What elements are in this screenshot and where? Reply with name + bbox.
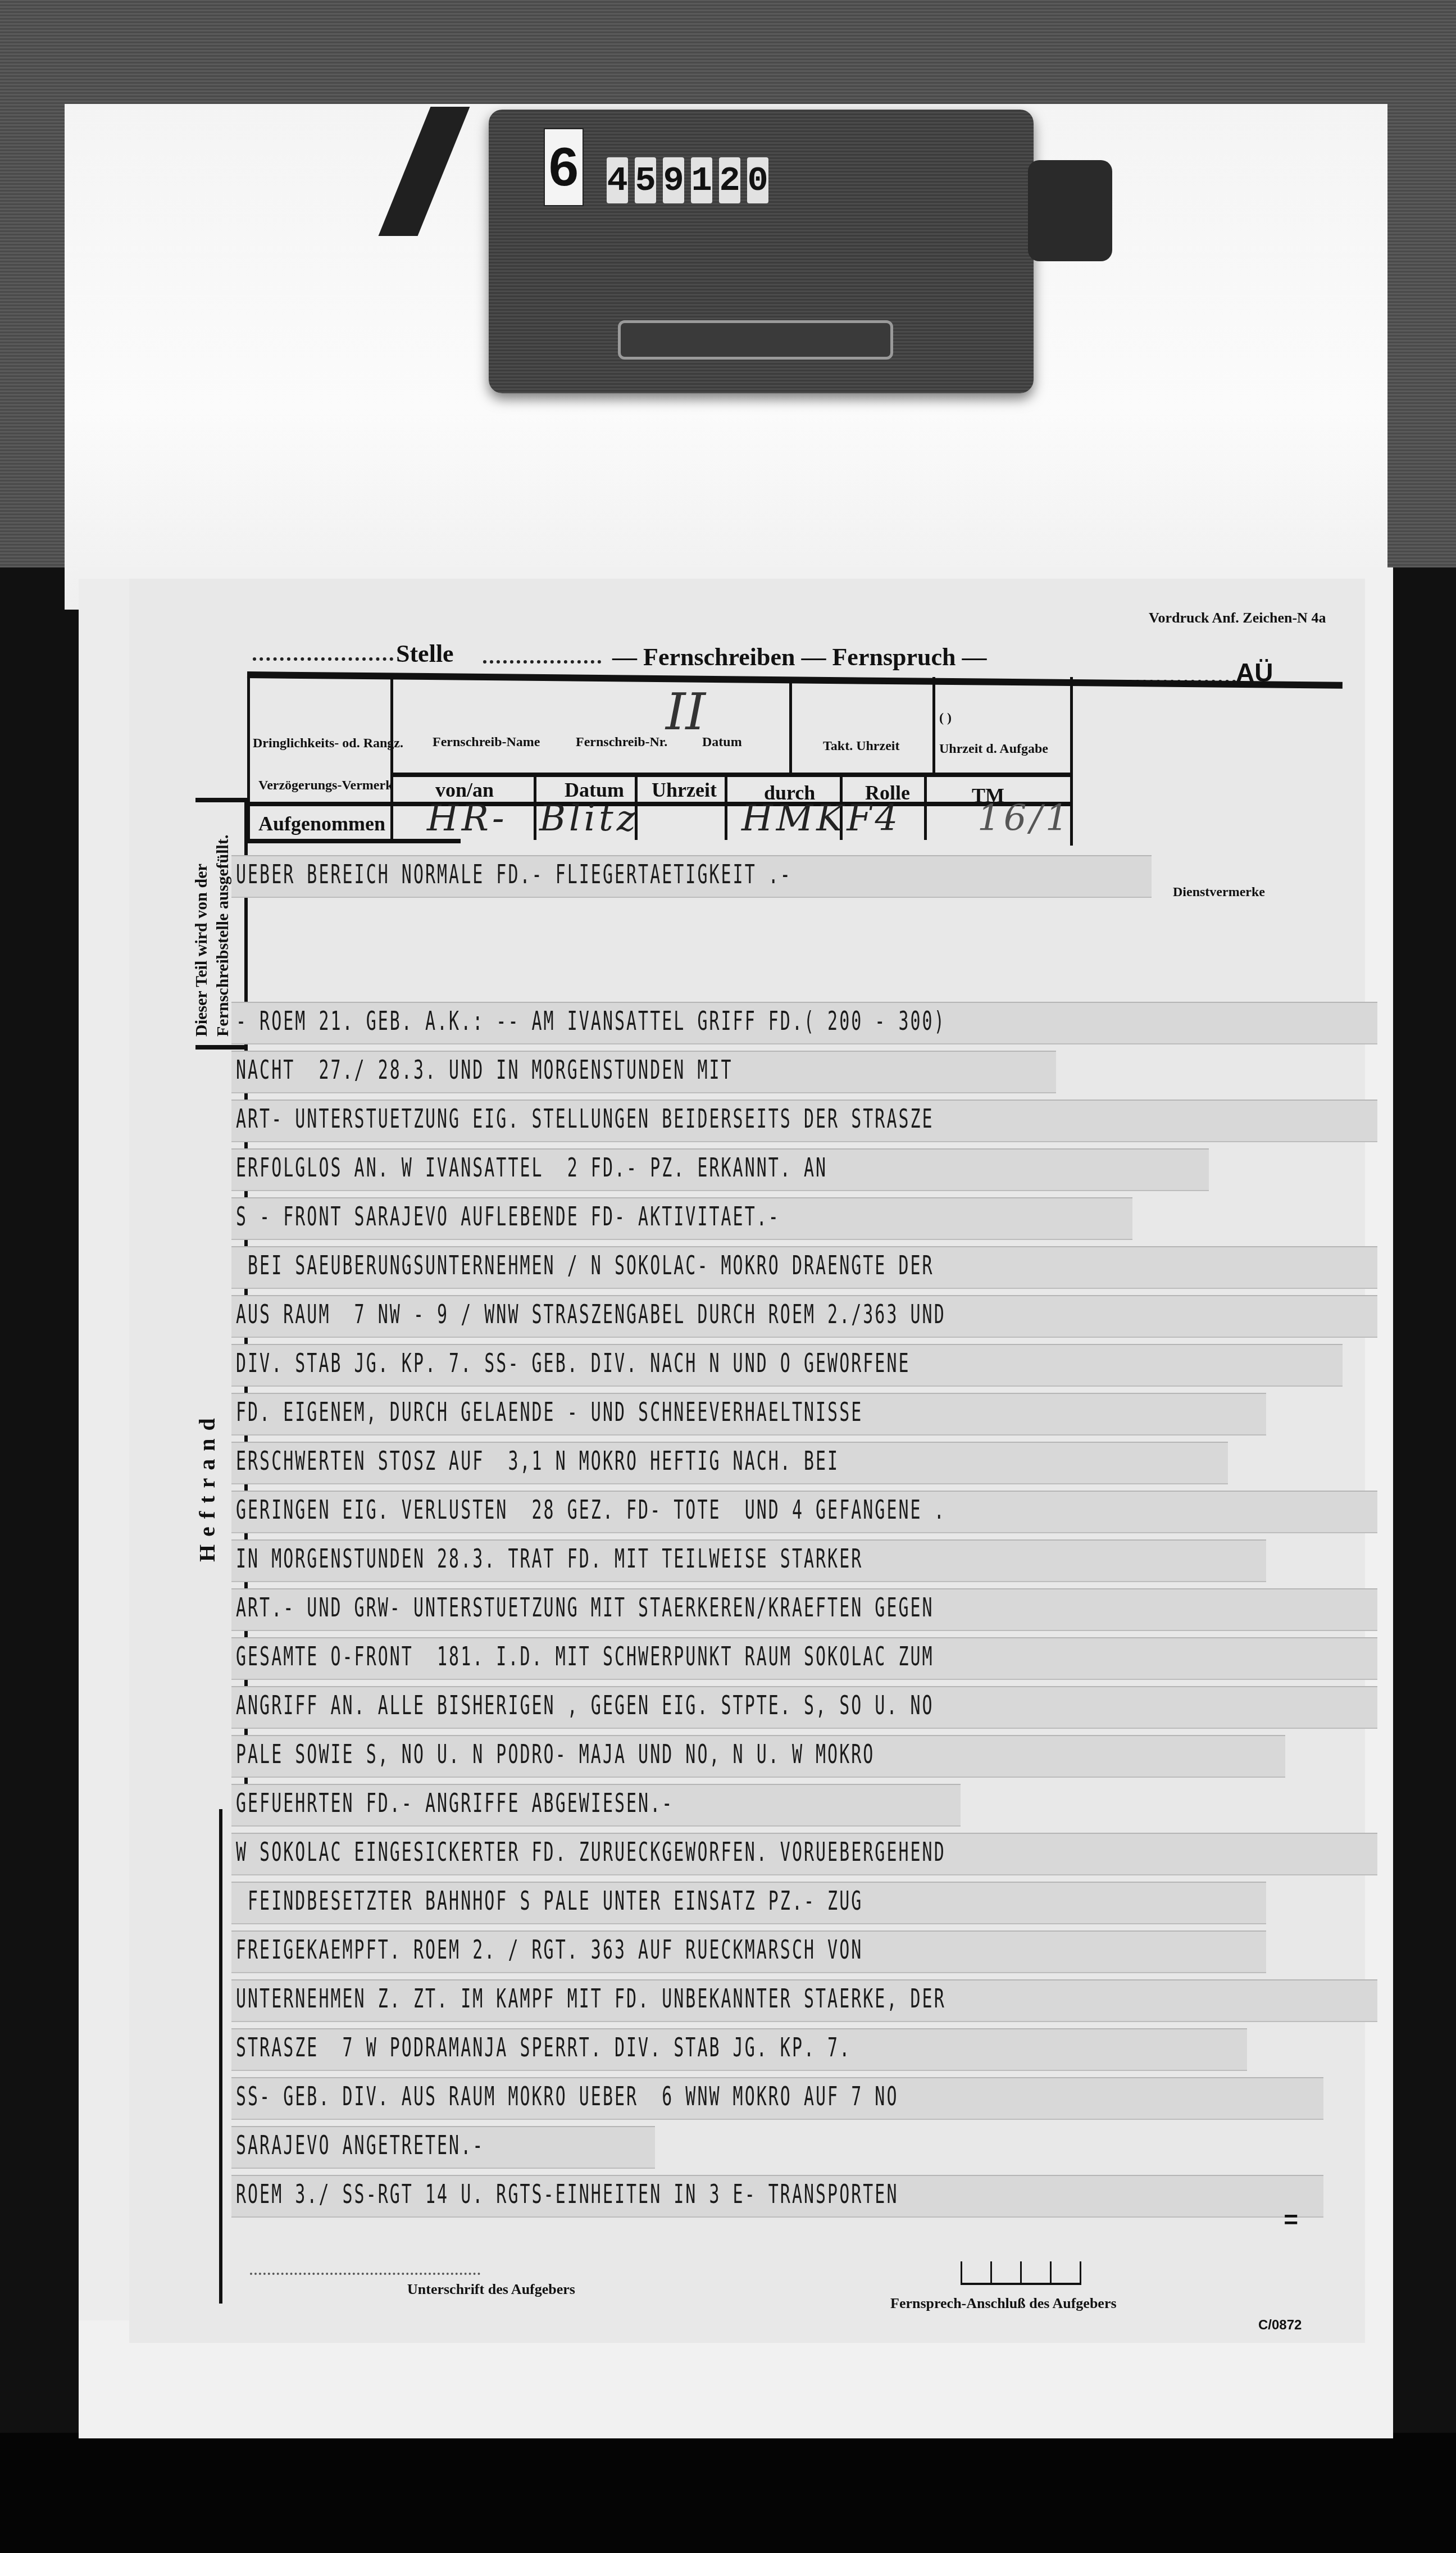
- film-backdrop-bottom: [0, 2433, 1456, 2553]
- stelle-dotted-line-2: [483, 660, 601, 664]
- dienstvermerke-label: Dienstvermerke: [1173, 885, 1265, 900]
- signature-dotted-line: [250, 2273, 480, 2275]
- continuation-mark: =: [1284, 2208, 1298, 2236]
- phone-box: [1020, 2261, 1050, 2285]
- form-heading: Stelle — Fernschreiben — Fernspruch —: [247, 635, 1079, 674]
- counter-digit: 5: [635, 157, 656, 203]
- grid-line: [390, 773, 1073, 777]
- takt-uhrzeit-label: Takt. Uhrzeit: [823, 739, 899, 754]
- message-line: UEBER BEREICH NORMALE FD.- FLIEGERTAETIG…: [236, 860, 792, 928]
- side-instruction-line-2: Fernschreibstelle ausgefüllt.: [212, 835, 234, 1037]
- form-code: C/0872: [1258, 2318, 1302, 2333]
- side-rule: [219, 1809, 222, 2304]
- message-line: ROEM 3./ SS-RGT 14 U. RGTS-EINHEITEN IN …: [236, 2179, 898, 2247]
- handwritten-datum: Blitz: [539, 798, 639, 839]
- counter-digit: 9: [663, 157, 684, 203]
- grid-line: [932, 677, 935, 775]
- uhrzeit-label: Uhrzeit: [652, 778, 717, 802]
- phone-number-boxes: [961, 2261, 1081, 2285]
- phone-label: Fernsprech-Anschluß des Aufgebers: [890, 2295, 1117, 2312]
- form-number: Vordruck Anf. Zeichen-N 4a: [1149, 610, 1326, 626]
- signature-label: Unterschrift des Aufgebers: [407, 2281, 575, 2298]
- grid-line: [247, 839, 461, 843]
- handwritten-tm: 16/1: [977, 798, 1072, 839]
- priority-label: Dringlichkeits- od. Rangz.: [253, 736, 403, 751]
- phone-box: [990, 2261, 1020, 2285]
- form-title: — Fernschreiben — Fernspruch —: [612, 643, 987, 671]
- grid-line: [390, 677, 393, 840]
- counter-knob: [1028, 160, 1112, 261]
- grid-line: [725, 775, 727, 840]
- counter-digit: 2: [719, 157, 740, 203]
- side-instruction-line-1: Dieser Teil wird von der: [191, 835, 212, 1037]
- counter-digit: 4: [607, 157, 628, 203]
- grid-line: [924, 775, 927, 840]
- counter-digit: 1: [691, 157, 712, 203]
- verzoegerungs-vermerk-label: Verzögerungs-Vermerk: [258, 778, 393, 793]
- counter-digits: 4 5 9 1 2 0: [607, 157, 768, 203]
- grid-line: [789, 677, 792, 775]
- phone-box: [961, 2261, 990, 2285]
- heftrand-label: Heftrand: [194, 1410, 220, 1562]
- side-rule: [195, 798, 246, 802]
- header-grid: Dringlichkeits- od. Rangz. Fernschreib-N…: [247, 677, 1073, 846]
- fernschreib-name-label: Fernschreib-Name: [433, 735, 540, 750]
- handwritten-von-an: HR-: [427, 798, 508, 839]
- fernschreib-nr-label: Fernschreib-Nr.: [576, 735, 667, 750]
- uhrzeit-aufgabe-label: Uhrzeit d. Aufgabe: [939, 742, 1048, 757]
- uhrzeit-aufgabe-brackets: ( ): [939, 711, 952, 726]
- grid-line: [534, 775, 536, 840]
- counter-prefix-card: 6: [544, 128, 584, 206]
- handwritten-durch: HMKF4: [741, 798, 901, 839]
- handwritten-roman-numeral: II: [666, 683, 706, 742]
- counter-nameplate: [618, 320, 893, 360]
- side-instruction-label: Dieser Teil wird von der Fernschreibstel…: [191, 835, 234, 1037]
- grid-line: [247, 802, 1073, 806]
- stelle-dotted-line: [253, 657, 393, 661]
- counter-digit: 0: [747, 157, 768, 203]
- datum-label: Datum: [702, 735, 742, 750]
- stelle-label: Stelle: [396, 639, 454, 668]
- aufgenommen-label: Aufgenommen: [258, 812, 385, 835]
- phone-box: [1050, 2261, 1081, 2285]
